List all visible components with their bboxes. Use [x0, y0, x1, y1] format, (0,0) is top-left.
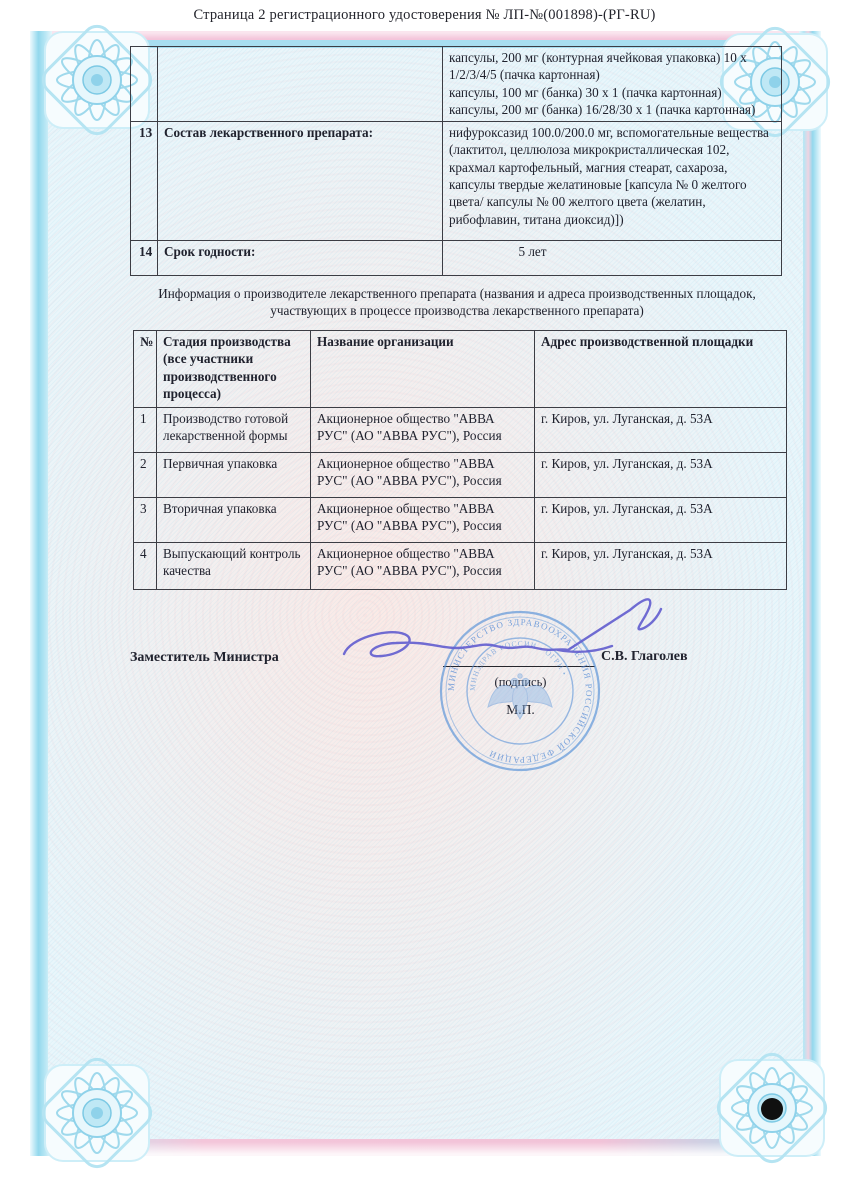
manufacturer-info-caption: Информация о производителе лекарственног… [128, 286, 786, 320]
row-label-cell: Состав лекарственного препарата: [158, 121, 443, 240]
cell-address: г. Киров, ул. Луганская, д. 53А [535, 408, 787, 453]
signatory-title: Заместитель Министра [130, 650, 279, 666]
header-num: № [134, 331, 157, 408]
registration-table: капсулы, 200 мг (контурная ячейковая упа… [130, 46, 782, 276]
cell-num: 1 [134, 408, 157, 453]
row-number-cell: 14 [131, 240, 158, 275]
handwritten-signature [330, 582, 675, 682]
corner-rosette-icon [33, 1053, 161, 1173]
manufacturer-table: № Стадия производства (все участники про… [133, 330, 787, 590]
table-row: 14 Срок годности: 5 лет [131, 240, 782, 275]
cell-stage: Выпускающий контроль качества [157, 543, 311, 590]
cell-org: Акционерное общество "АВВА РУС" (АО "АВВ… [311, 498, 535, 543]
certificate-page: Страница 2 регистрационного удостоверени… [0, 0, 849, 1200]
row-label-cell: Срок годности: [158, 240, 443, 275]
cell-address: г. Киров, ул. Луганская, д. 53А [535, 498, 787, 543]
table-row: 13 Состав лекарственного препарата: нифу… [131, 121, 782, 240]
table-row: капсулы, 200 мг (контурная ячейковая упа… [131, 47, 782, 122]
header-stage: Стадия производства (все участники произ… [157, 331, 311, 408]
table-header-row: № Стадия производства (все участники про… [134, 331, 787, 408]
row-number-cell [131, 47, 158, 122]
table-row: 2 Первичная упаковка Акционерное обществ… [134, 453, 787, 498]
cell-num: 3 [134, 498, 157, 543]
cell-num: 2 [134, 453, 157, 498]
cell-address: г. Киров, ул. Луганская, д. 53А [535, 453, 787, 498]
cell-org: Акционерное общество "АВВА РУС" (АО "АВВ… [311, 408, 535, 453]
cell-org: Акционерное общество "АВВА РУС" (АО "АВВ… [311, 453, 535, 498]
composition-value-cell: нифуроксазид 100.0/200.0 мг, вспомогател… [443, 121, 782, 240]
header-org: Название организации [311, 331, 535, 408]
table-row: 1 Производство готовой лекарственной фор… [134, 408, 787, 453]
punch-hole-dot [761, 1098, 783, 1120]
cell-stage: Первичная упаковка [157, 453, 311, 498]
packaging-value-cell: капсулы, 200 мг (контурная ячейковая упа… [443, 47, 782, 122]
cell-stage: Вторичная упаковка [157, 498, 311, 543]
shelf-life-value-cell: 5 лет [443, 240, 782, 275]
header-address: Адрес производственной площадки [535, 331, 787, 408]
row-number-cell: 13 [131, 121, 158, 240]
table-row: 3 Вторичная упаковка Акционерное обществ… [134, 498, 787, 543]
cell-stage: Производство готовой лекарственной формы [157, 408, 311, 453]
cell-num: 4 [134, 543, 157, 590]
row-label-cell [158, 47, 443, 122]
